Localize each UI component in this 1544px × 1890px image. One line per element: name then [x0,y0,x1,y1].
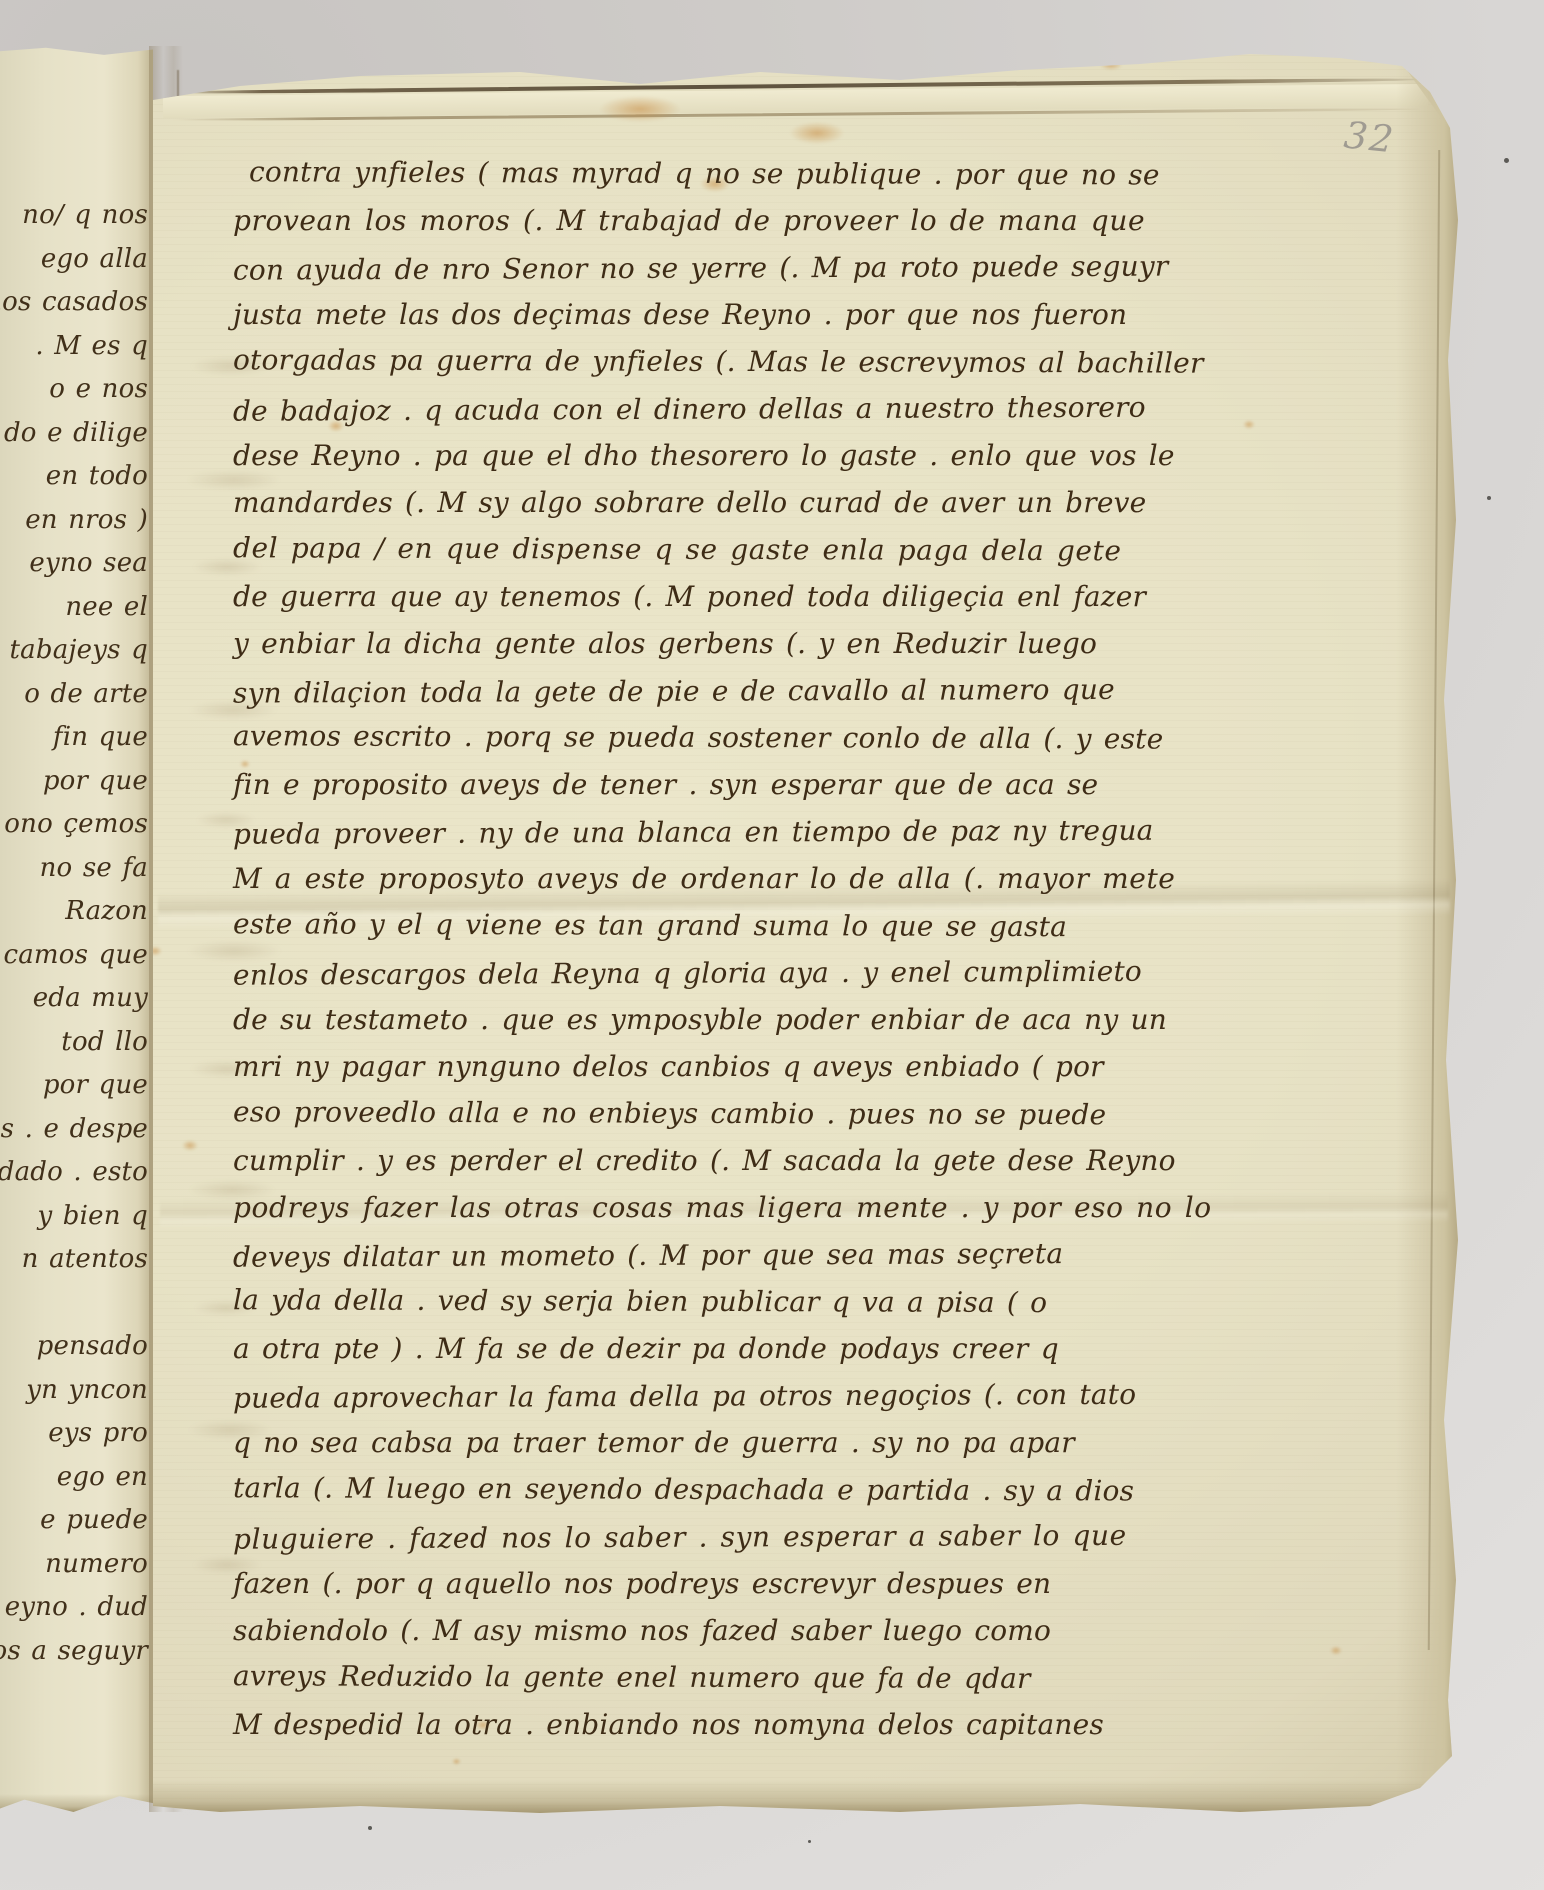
left-fragment-line: tabajeys q [0,629,148,673]
manuscript-line: pueda proveer . ny de una blanca en tiem… [233,806,1233,857]
manuscript-line: la yda della . ved sy serja bien publica… [233,1276,1233,1326]
left-fragment-line: . M es q [0,325,148,369]
deckle-edge-bottom [153,1780,1459,1814]
left-fragment-line: n atentos [0,1238,148,1282]
manuscript-line: mri ny pagar nynguno delos canbios q ave… [233,1043,1233,1090]
foxing-spot [452,1758,461,1765]
left-fragment-line: no se fa [0,847,148,891]
manuscript-line: del papa / en que dispense q se gaste en… [233,524,1233,574]
manuscript-line: contra ynfieles ( mas myrad q no se publ… [233,148,1233,198]
left-fragment-line: tod llo [0,1021,148,1065]
manuscript-line: de su testameto . que es ymposyble poder… [233,996,1233,1043]
left-fragment-line: fin que [0,716,148,760]
manuscript-line: eso proveedlo alla e no enbieys cambio .… [233,1088,1233,1138]
left-fragment-line: do e dilige [0,412,148,456]
left-fragment-line: pensado [0,1325,148,1369]
foxing-spot [182,1140,198,1151]
left-fragment-line: eyno sea [0,542,148,586]
left-fragment-line: eys pro [0,1412,148,1456]
manuscript-line: podreys fazer las otras cosas mas ligera… [233,1184,1233,1231]
foxing-spot [790,122,844,144]
manuscript-line: tarla (. M luego en seyendo despachada e… [233,1464,1233,1514]
manuscript-line: fin e proposito aveys de tener . syn esp… [233,761,1233,808]
manuscript-line: mandardes (. M sy algo sobrare dello cur… [233,479,1233,526]
dust-speck [1487,496,1491,500]
left-fragment-line: por que [0,760,148,804]
manuscript-line: syn dilaçion toda la gete de pie e de ca… [233,665,1233,716]
manuscript-line: otorgadas pa guerra de ynfieles (. Mas l… [233,336,1233,386]
manuscript-line: q no sea cabsa pa traer temor de guerra … [233,1419,1233,1466]
left-fragment-line: no/ q nos [0,194,148,238]
manuscript-line: dese Reyno . pa que el dho thesorero lo … [233,432,1233,479]
left-fragment-line: nos casados [0,281,148,325]
foxing-spot [1100,60,1122,70]
left-fragment-line: os a seguyr [0,1630,148,1674]
manuscript-line: fazen (. por q aquello nos podreys escre… [233,1560,1233,1607]
foxing-spot [600,96,680,122]
manuscript-line: M despedid la otra . enbiando nos nomyna… [233,1701,1233,1748]
manuscript-line: enlos descargos dela Reyna q gloria aya … [233,947,1233,998]
manuscript-line: cumplir . y es perder el credito (. M sa… [233,1137,1233,1184]
left-fragment-line: en todo [0,455,148,499]
left-fragment-line: o e nos [0,368,148,412]
manuscript-line: deveys dilatar un mometo (. M por que se… [233,1229,1233,1280]
left-fragment-line: eda muy [0,977,148,1021]
left-fragment-line: en nros ) [0,499,148,543]
left-fragment-line: nee el [0,586,148,630]
dust-speck [808,1840,811,1843]
dust-speck [368,1826,372,1830]
left-fragment-line: y bien q [0,1195,148,1239]
manuscript-line: sabiendolo (. M asy mismo nos fazed sabe… [233,1607,1233,1654]
manuscript-line: avreys Reduzido la gente enel numero que… [233,1652,1233,1702]
left-fragment-line: ndado . esto [0,1151,148,1195]
left-fragment-line: ono çemos [0,803,148,847]
left-page-edge: no/ q nosego allanos casados. M es qo e … [0,46,153,1812]
left-page-text: no/ q nosego allanos casados. M es qo e … [0,194,148,1673]
manuscript-line: pluguiere . fazed nos lo saber . syn esp… [233,1511,1233,1562]
left-fragment-line: ego alla [0,238,148,282]
manuscript-line: avemos escrito . porq se pueda sostener … [233,712,1233,762]
dust-speck [1504,158,1509,163]
manuscript-text: contra ynfieles ( mas myrad q no se publ… [233,150,1233,1748]
left-fragment-line: o de arte [0,673,148,717]
left-fragment-line: yn yncon [0,1369,148,1413]
foxing-spot [1243,420,1255,429]
manuscript-photo: no/ q nosego allanos casados. M es qo e … [0,0,1544,1890]
deckle-edge-bottom-left [0,1794,153,1812]
left-fragment-line: camos que [0,934,148,978]
manuscript-line: M a este proposyto aveys de ordenar lo d… [233,855,1233,902]
left-fragment-line: Razon [0,890,148,934]
manuscript-line: a otra pte ) . M fa se de dezir pa donde… [233,1325,1233,1372]
manuscript-page: contra ynfieles ( mas myrad q no se publ… [0,0,1544,1890]
left-fragment-line: es . e despe [0,1108,148,1152]
manuscript-line: justa mete las dos deçimas dese Reyno . … [233,291,1233,338]
manuscript-line: provean los moros (. M trabajad de prove… [233,197,1233,244]
manuscript-line: de badajoz . q acuda con el dinero della… [233,383,1233,434]
manuscript-line: de guerra que ay tenemos (. M poned toda… [233,573,1233,620]
left-fragment-line: por que [0,1064,148,1108]
manuscript-line: este año y el q viene es tan grand suma … [233,900,1233,950]
foxing-spot [1330,1646,1342,1655]
left-fragment-line: ego en [0,1456,148,1500]
manuscript-line: y enbiar la dicha gente alos gerbens (. … [233,620,1233,667]
manuscript-line: con ayuda de nro Senor no se yerre (. M … [233,242,1233,293]
manuscript-line: pueda aprovechar la fama della pa otros … [233,1370,1233,1421]
left-fragment-line: numero [0,1543,148,1587]
left-fragment-line [0,1282,148,1326]
folio-number: 32 [1342,113,1397,161]
left-fragment-line: e puede [0,1499,148,1543]
left-fragment-line: eyno . dud [0,1586,148,1630]
